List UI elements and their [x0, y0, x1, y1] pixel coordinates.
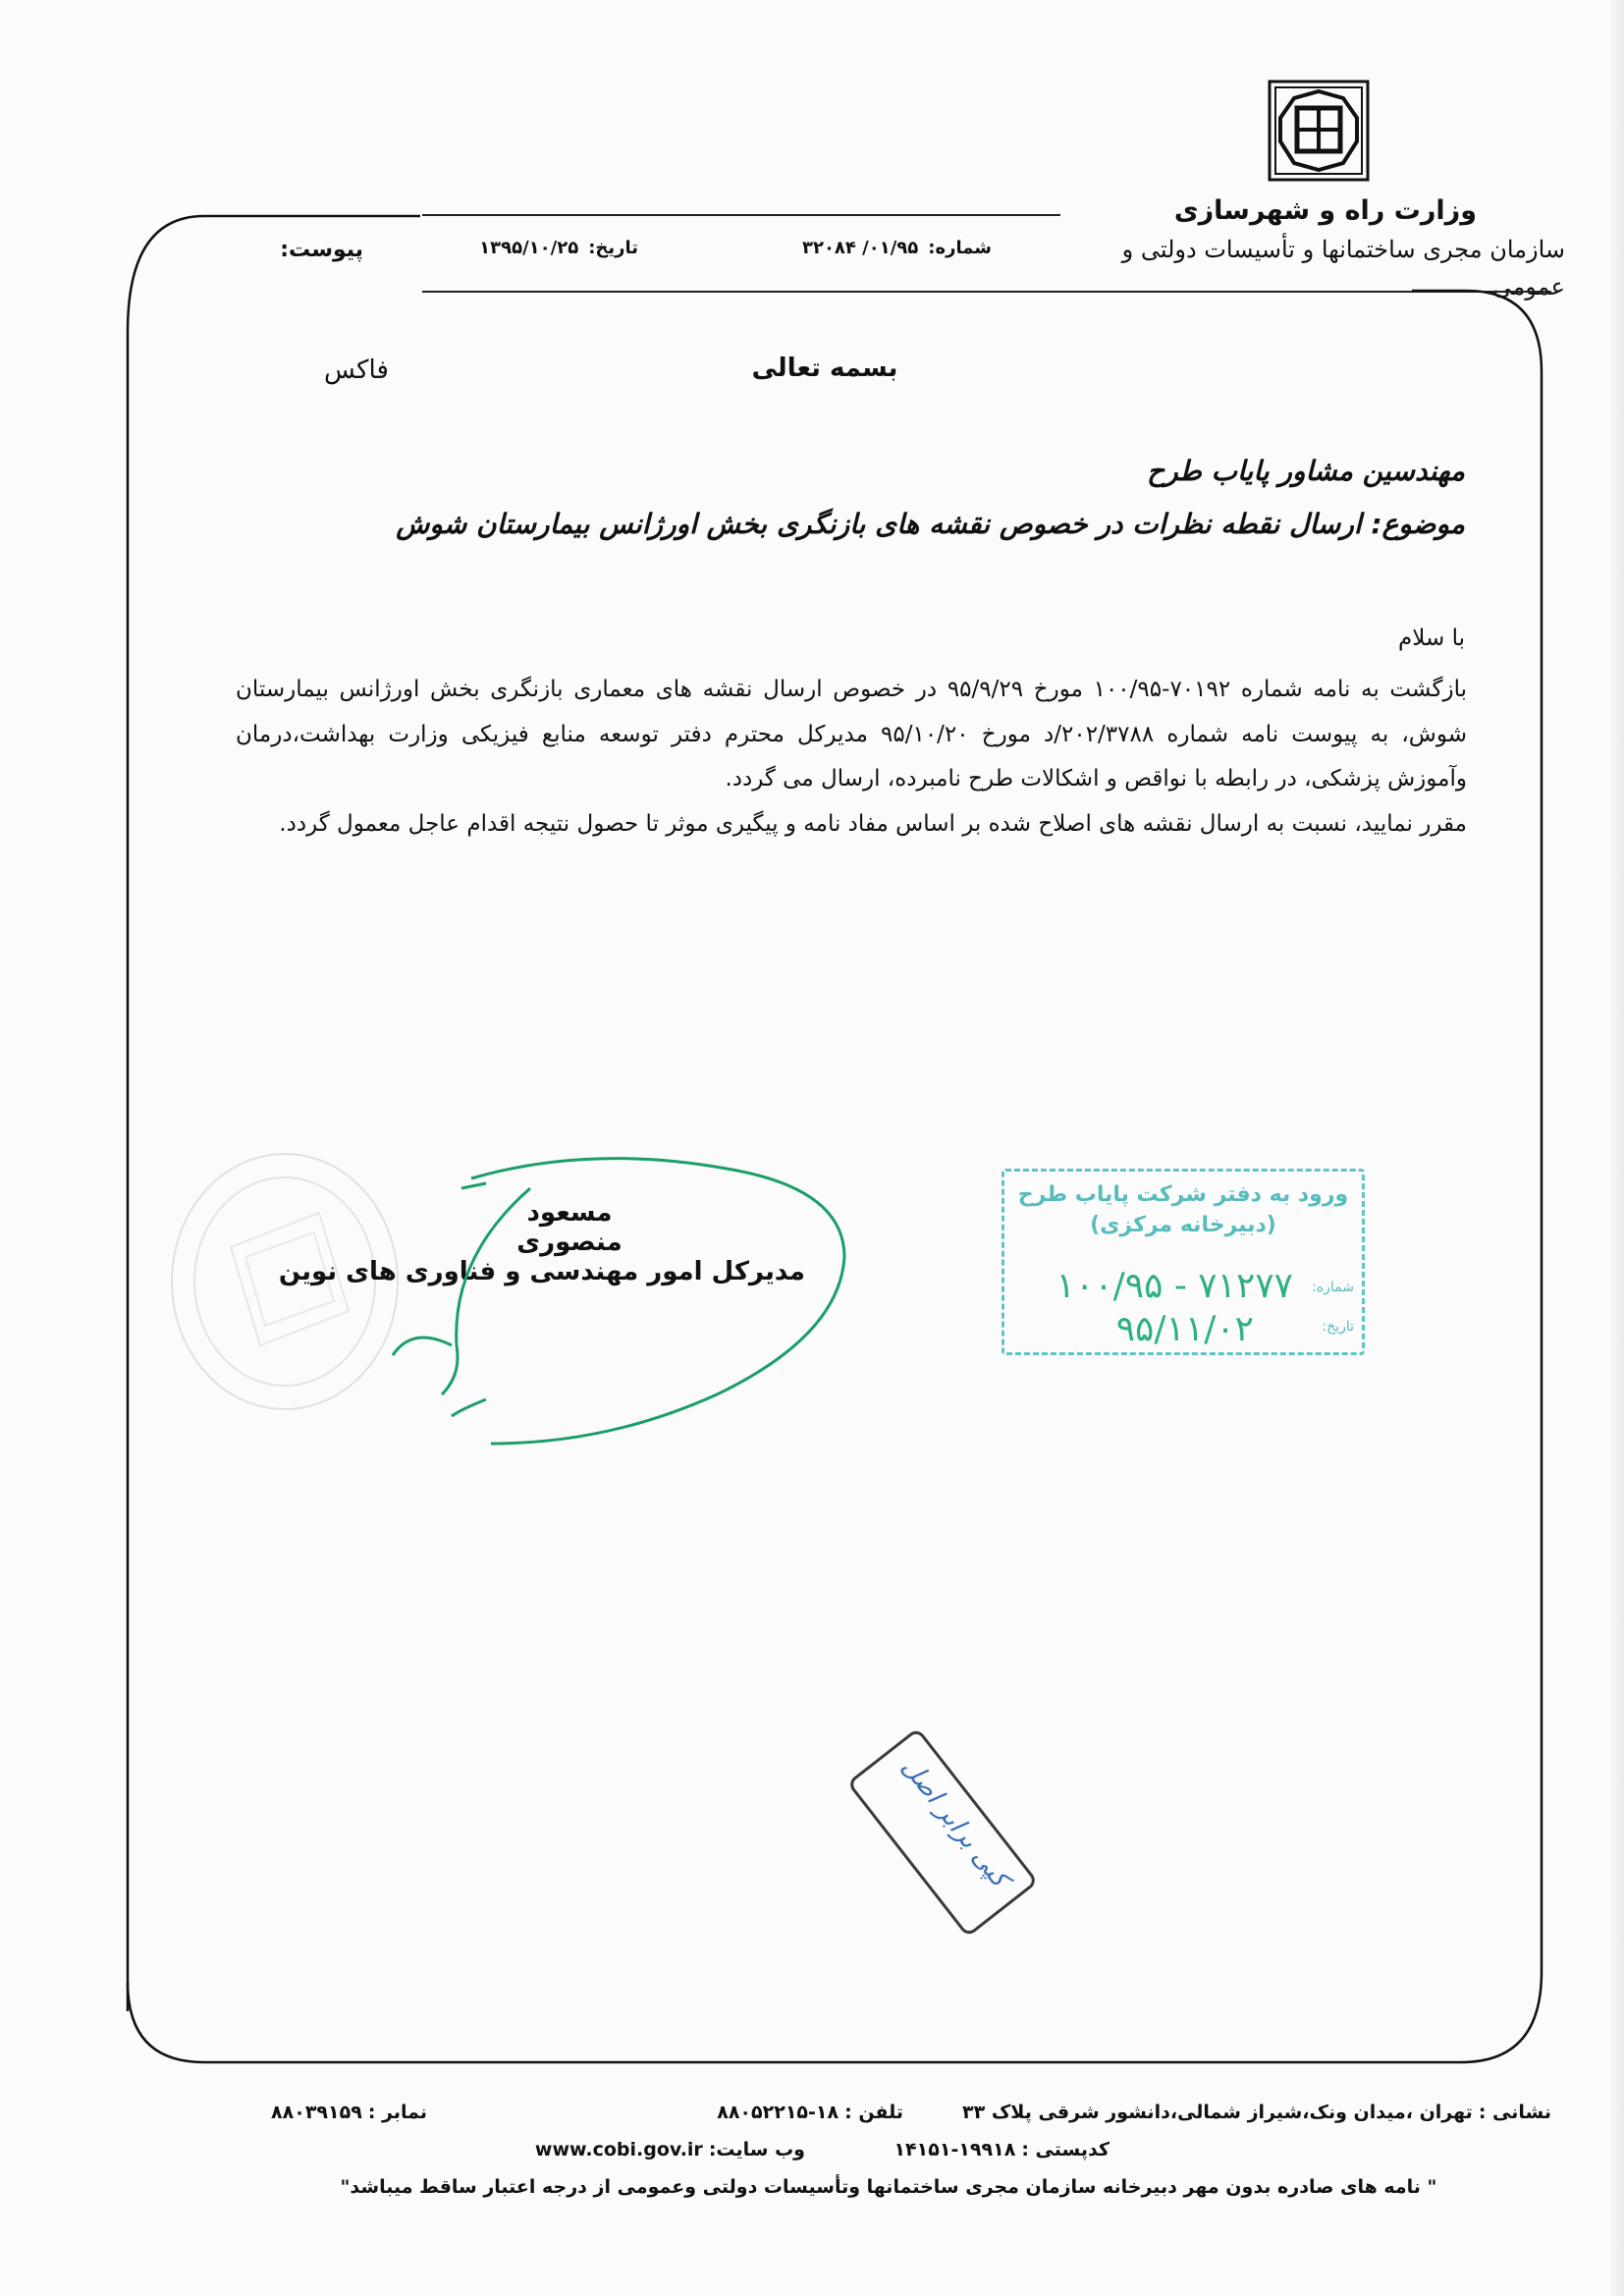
subject-line: موضوع: ارسال نقطه نظرات در خصوص نقشه های… [396, 508, 1465, 540]
footer-phone: تلفن :۱۸-۸۸۰۵۲۲۱۵ [717, 2102, 903, 2123]
website-link[interactable]: www.cobi.gov.ir [535, 2139, 703, 2160]
footer-postal-code: کدپستی :۱۹۹۱۸-۱۴۱۵۱ [893, 2139, 1110, 2160]
fax-label: فاکس [324, 355, 389, 385]
copy-stamp: کپی برابر اصل [846, 1727, 1039, 1938]
header-rule [422, 214, 1060, 216]
footer-website: وب سایت:www.cobi.gov.ir [535, 2139, 805, 2160]
ministry-title: وزارت راه و شهرسازی [1055, 191, 1565, 231]
letter-meta: شماره:۰۱/۹۵/ ۳۲۰۸۴ تاریخ:۱۳۹۵/۱۰/۲۵ پیوس… [285, 238, 1031, 277]
body-paragraph: بازگشت به نامه شماره ۷۰۱۹۲-۱۰۰/۹۵ مورخ ۹… [236, 668, 1467, 802]
footer-contact-row: نشانی :تهران ،میدان ونک،شیراز شمالی،دانش… [187, 2102, 1551, 2139]
greeting: با سلام [1398, 626, 1465, 651]
recipient: مهندسین مشاور پایاب طرح [1147, 455, 1465, 487]
organization-subtitle: سازمان مجری ساختمانها و تأسیسات دولتی و … [1055, 231, 1565, 305]
window-emblem-icon [1267, 79, 1375, 187]
letter-attachment: پیوست: [280, 238, 363, 262]
letter-body: بازگشت به نامه شماره ۷۰۱۹۲-۱۰۰/۹۵ مورخ ۹… [236, 668, 1467, 847]
receipt-number: ۱۰۰/۹۵ - ۷۱۲۷۷ [1056, 1266, 1293, 1306]
footer-validity-note: " نامه های صادره بدون مهر دبیرخانه سازما… [187, 2176, 1551, 2198]
footer-postal-row: کدپستی :۱۹۹۱۸-۱۴۱۵۱ وب سایت:www.cobi.gov… [187, 2139, 1551, 2176]
footer-address: نشانی :تهران ،میدان ونک،شیراز شمالی،دانش… [962, 2102, 1551, 2123]
organization-header: وزارت راه و شهرسازی سازمان مجری ساختمانه… [1055, 191, 1565, 305]
page-frame [126, 214, 1543, 2064]
letter-date: تاریخ:۱۳۹۵/۱۰/۲۵ [479, 238, 638, 258]
letter-number: شماره:۰۱/۹۵/ ۳۲۰۸۴ [802, 238, 992, 258]
scan-edge-shadow [1610, 0, 1624, 2296]
header-rule [422, 291, 1551, 293]
bismillah-heading: بسمه تعالی [687, 354, 962, 383]
letter-page: وزارت راه و شهرسازی سازمان مجری ساختمانه… [0, 0, 1624, 2296]
receipt-stamp: ورود به دفتر شرکت پایاب طرح (دبیرخانه مر… [1001, 1169, 1365, 1355]
footer: نشانی :تهران ،میدان ونک،شیراز شمالی،دانش… [187, 2102, 1551, 2198]
handwritten-signature [295, 1149, 884, 1463]
body-paragraph: مقرر نمایید، نسبت به ارسال نقشه های اصلا… [236, 802, 1467, 847]
footer-fax: نمابر :۸۸۰۳۹۱۵۹ [271, 2102, 427, 2123]
receipt-date: ۹۵/۱۱/۰۲ [1116, 1309, 1254, 1349]
